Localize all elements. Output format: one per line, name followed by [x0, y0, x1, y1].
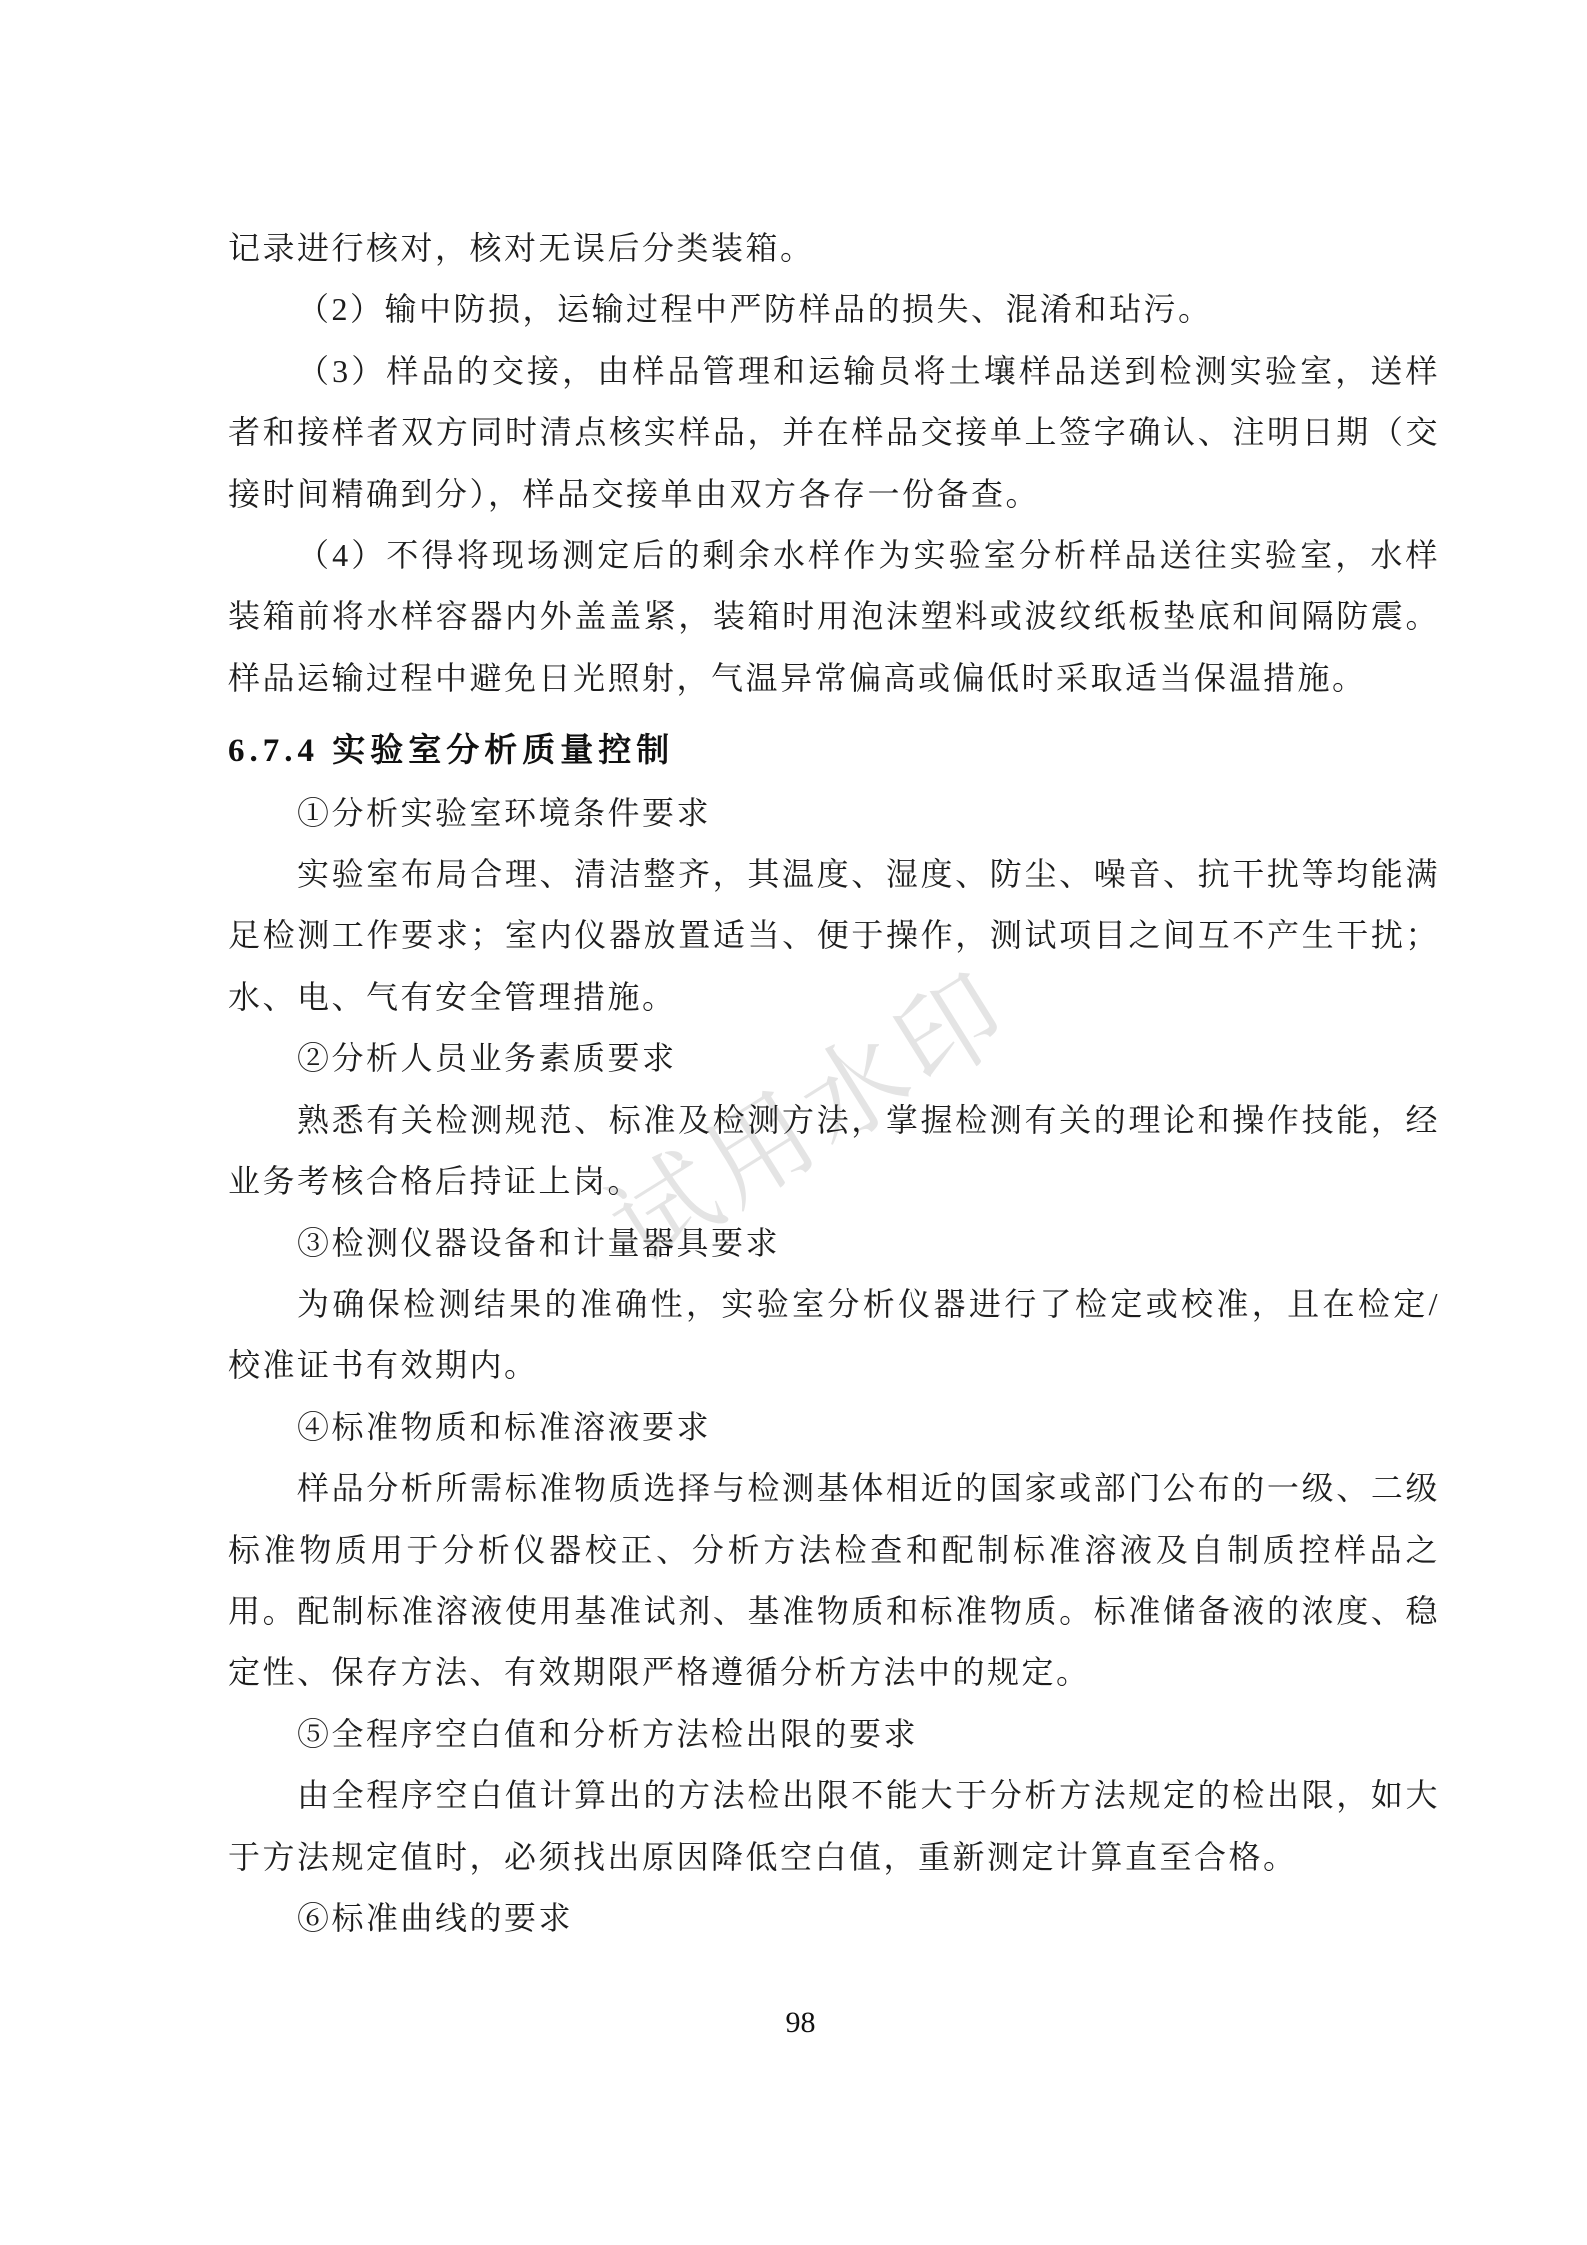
list-item-3: ③检测仪器设备和计量器具要求 — [228, 1213, 1440, 1274]
paragraph: 为确保检测结果的准确性，实验室分析仪器进行了检定或校准，且在检定/校准证书有效期… — [228, 1274, 1440, 1397]
paragraph: 实验室布局合理、清洁整齐，其温度、湿度、防尘、噪音、抗干扰等均能满足检测工作要求… — [228, 844, 1440, 1028]
paragraph: （2）输中防损，运输过程中严防样品的损失、混淆和玷污。 — [228, 279, 1440, 340]
section-heading: 6.7.4 实验室分析质量控制 — [228, 721, 1440, 782]
page-number: 98 — [0, 2007, 1587, 2039]
paragraph: （3）样品的交接，由样品管理和运输员将土壤样品送到检测实验室，送样者和接样者双方… — [228, 341, 1440, 525]
paragraph: （4）不得将现场测定后的剩余水样作为实验室分析样品送往实验室，水样装箱前将水样容… — [228, 525, 1440, 709]
document-page: 试用水印 记录进行核对，核对无误后分类装箱。 （2）输中防损，运输过程中严防样品… — [0, 0, 1587, 2245]
list-item-5: ⑤全程序空白值和分析方法检出限的要求 — [228, 1704, 1440, 1765]
list-item-2: ②分析人员业务素质要求 — [228, 1028, 1440, 1089]
list-item-4: ④标准物质和标准溶液要求 — [228, 1397, 1440, 1458]
list-item-6: ⑥标准曲线的要求 — [228, 1888, 1440, 1949]
paragraph: 记录进行核对，核对无误后分类装箱。 — [228, 218, 1440, 279]
paragraph: 熟悉有关检测规范、标准及检测方法，掌握检测有关的理论和操作技能，经业务考核合格后… — [228, 1090, 1440, 1213]
paragraph: 由全程序空白值计算出的方法检出限不能大于分析方法规定的检出限，如大于方法规定值时… — [228, 1765, 1440, 1888]
list-item-1: ①分析实验室环境条件要求 — [228, 783, 1440, 844]
paragraph: 样品分析所需标准物质选择与检测基体相近的国家或部门公布的一级、二级标准物质用于分… — [228, 1458, 1440, 1704]
page-content: 记录进行核对，核对无误后分类装箱。 （2）输中防损，运输过程中严防样品的损失、混… — [228, 218, 1440, 1949]
